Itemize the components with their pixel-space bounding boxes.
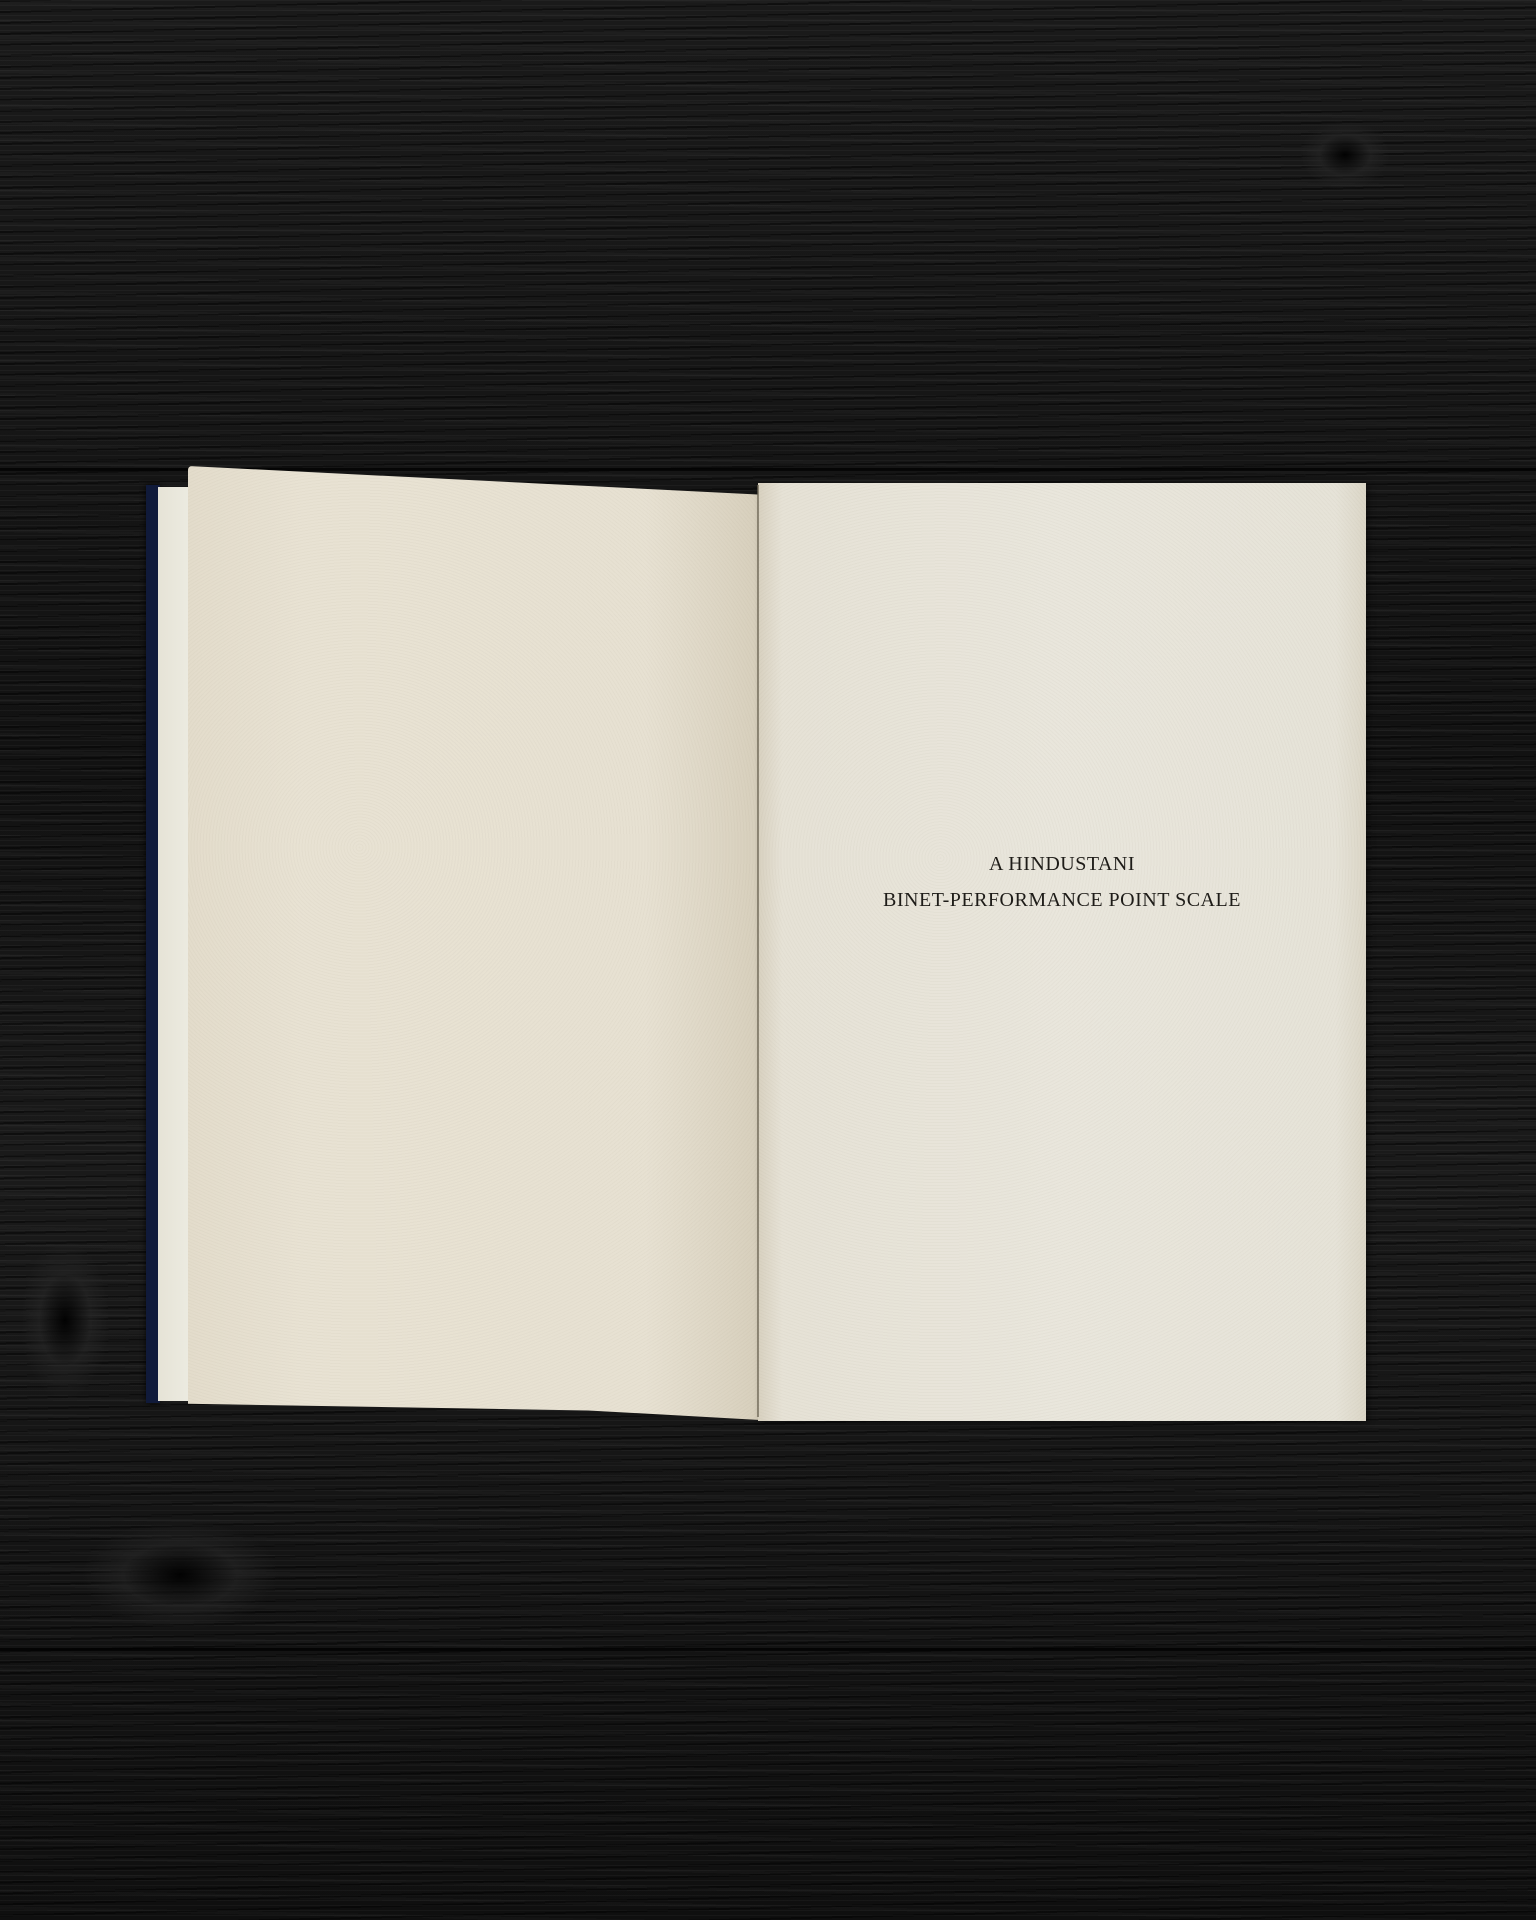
title-line-1: A HINDUSTANI — [758, 846, 1366, 882]
book-gutter — [757, 485, 759, 1417]
left-page — [188, 466, 760, 1420]
title-page-heading: A HINDUSTANI BINET-PERFORMANCE POINT SCA… — [758, 846, 1366, 918]
open-book: A HINDUSTANI BINET-PERFORMANCE POINT SCA… — [0, 0, 1536, 1920]
title-line-2: BINET-PERFORMANCE POINT SCALE — [758, 882, 1366, 918]
right-page — [758, 483, 1366, 1421]
